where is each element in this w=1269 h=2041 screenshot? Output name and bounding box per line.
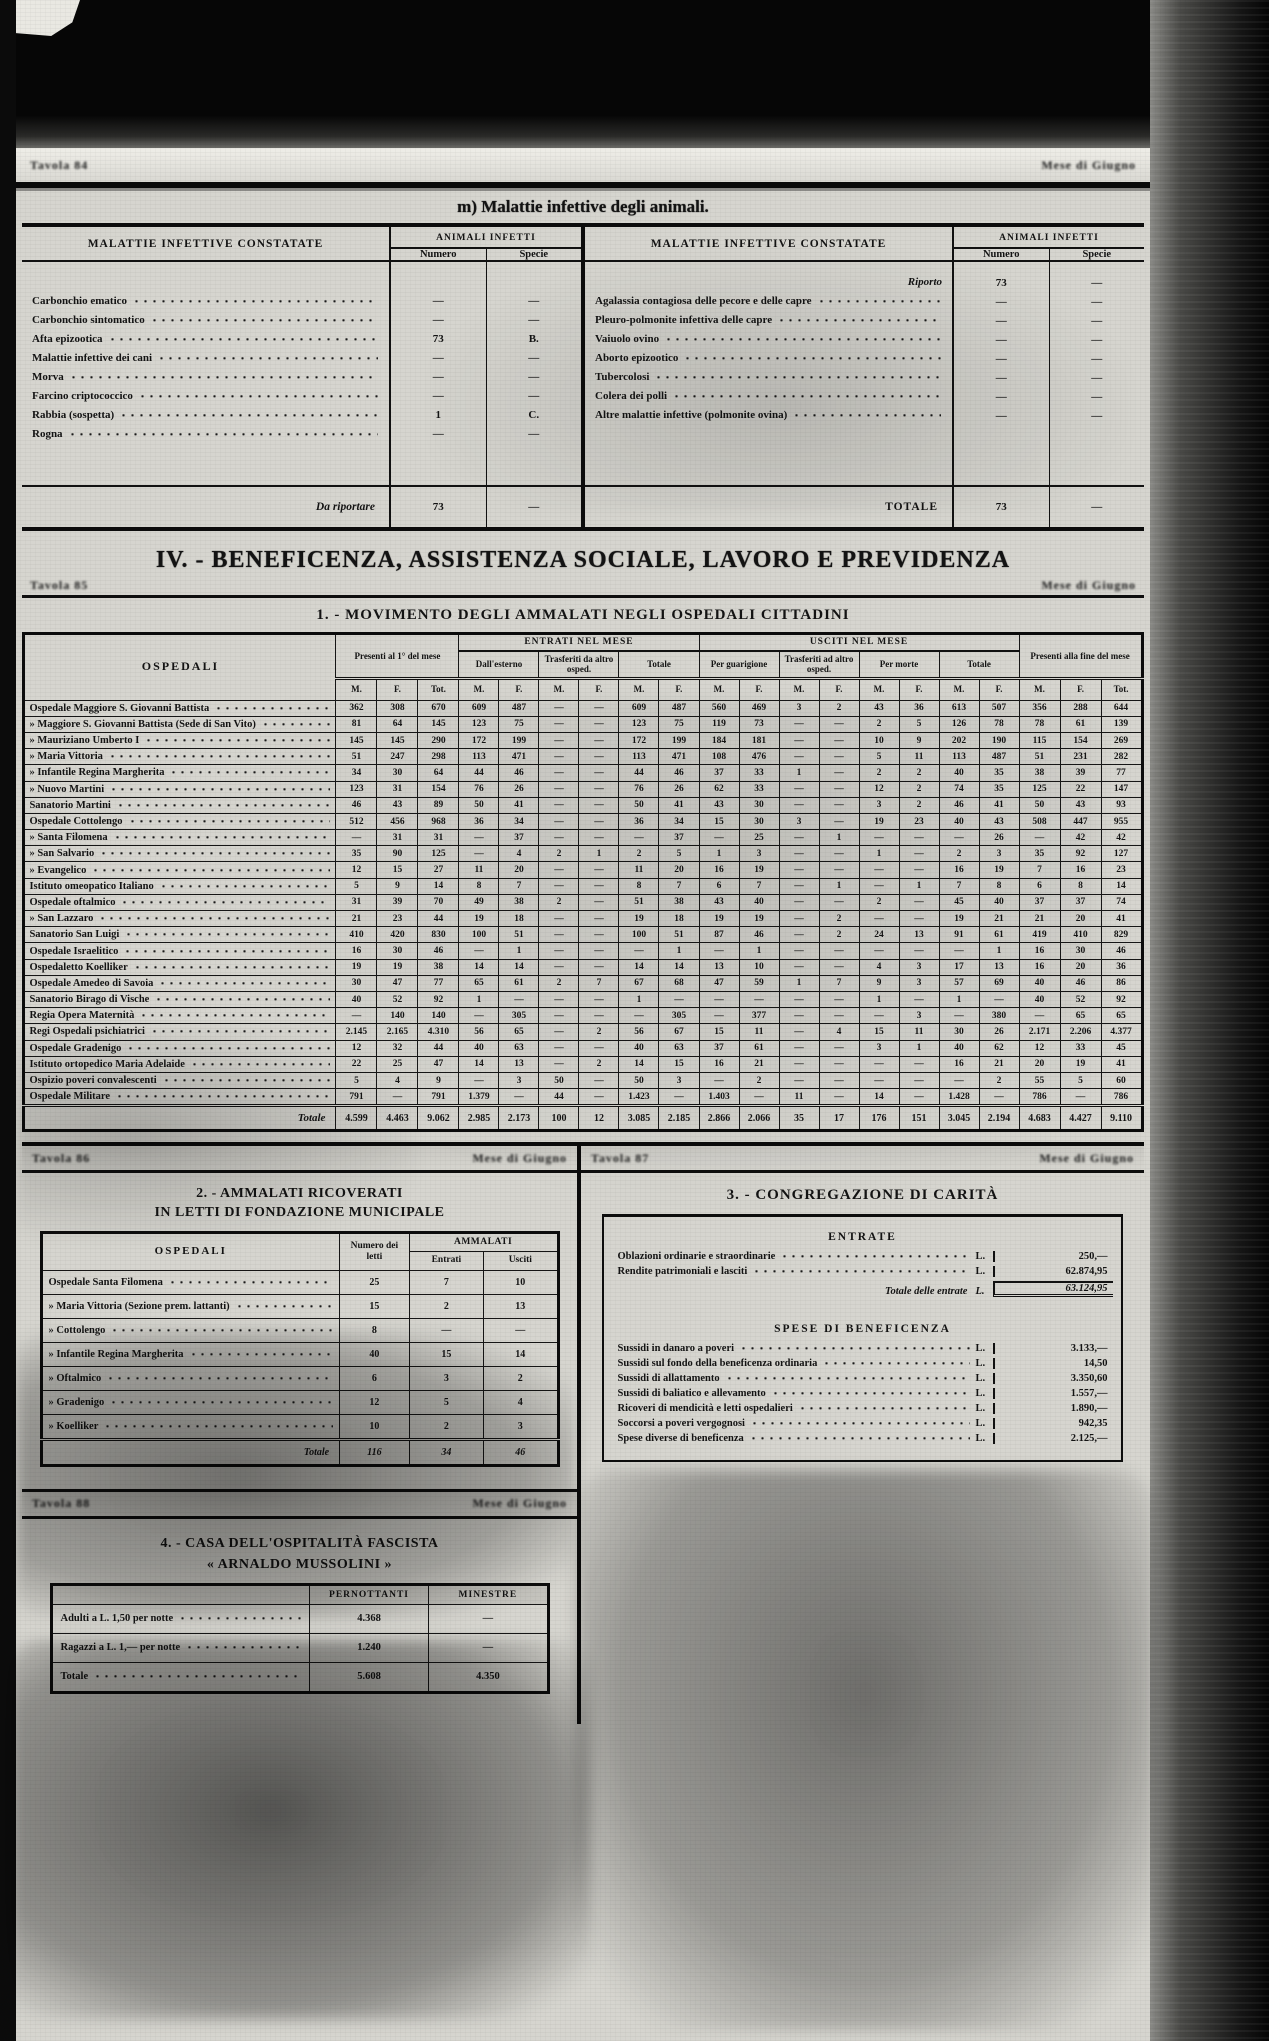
cell: 2 — [979, 1072, 1019, 1088]
cell: 23 — [377, 911, 418, 927]
disease-row: Altre malattie infettive (polmonite ovin… — [595, 402, 946, 421]
cell: 5 — [1060, 1072, 1101, 1088]
animal-table-right: MALATTIE INFETTIVE CONSTATATE ANIMALI IN… — [585, 227, 1144, 527]
cell: 644 — [1101, 700, 1142, 716]
cell: — — [779, 1040, 819, 1056]
tavola-85: Tavola 85 — [30, 578, 88, 593]
disease-row: Pleuro-polmonite infettiva delle capre — [595, 307, 946, 326]
hospital-name: » Oftalmico — [49, 1373, 102, 1384]
cell: 14 — [1101, 878, 1142, 894]
cell: 14 — [659, 959, 699, 975]
cell: 31 — [418, 830, 459, 846]
cell: 2 — [899, 765, 939, 781]
col-totale-usciti: Totale — [939, 651, 1019, 678]
cell: 2.173 — [499, 1106, 539, 1131]
cell: 25 — [739, 830, 779, 846]
cell: 46 — [418, 943, 459, 959]
torn-paper-scrap — [16, 0, 80, 36]
cell: 37 — [1060, 894, 1101, 910]
cell: — — [579, 830, 619, 846]
cell: 3 — [779, 813, 819, 829]
hospital-row: Sanatorio San Luigi 410 420 830 100 51 —… — [24, 927, 1142, 943]
pernottanti-cell: 5.608 — [309, 1662, 428, 1692]
hospital-name: » Evangelico — [29, 865, 86, 876]
lira-symbol: L. — [975, 1286, 993, 1297]
cell: 89 — [418, 797, 459, 813]
subsection-1-title: 1. - MOVIMENTO DEGLI AMMALATI NEGLI OSPE… — [22, 598, 1144, 632]
specie-col-right: ——————— — [1091, 289, 1102, 422]
cell: 3 — [859, 1040, 899, 1056]
cell: 471 — [659, 749, 699, 765]
cell: 67 — [619, 975, 659, 991]
cell: 37 — [659, 830, 699, 846]
hospital-row: Ospedale Cottolengo 512 456 968 36 34 — … — [24, 813, 1142, 829]
cell: — — [899, 1072, 939, 1088]
cell: 43 — [979, 813, 1019, 829]
cell: 19 — [739, 862, 779, 878]
cell: 5 — [336, 1072, 377, 1088]
cell: 2 — [819, 927, 859, 943]
entrate-row: Rendite patrimoniali e lasciti L. 62.874… — [604, 1264, 1122, 1279]
cell: 127 — [1101, 846, 1142, 862]
hospital-name: Ospedale Militare — [29, 1091, 110, 1102]
cell: 609 — [459, 700, 499, 716]
cell: 59 — [739, 975, 779, 991]
cell: 31 — [377, 830, 418, 846]
cell: 190 — [979, 732, 1019, 748]
disease-label: Carbonchio ematico — [32, 295, 127, 307]
cell: — — [619, 1008, 659, 1024]
numero-value: — — [996, 327, 1007, 346]
disease-label: Colera dei polli — [595, 390, 667, 402]
dot-leaders — [214, 705, 330, 712]
col-tot: Tot. — [1101, 678, 1142, 700]
cell: 2.165 — [377, 1024, 418, 1040]
cell: 471 — [499, 749, 539, 765]
cell: — — [579, 862, 619, 878]
col-blank — [51, 1584, 309, 1604]
cell: 30 — [377, 765, 418, 781]
cell: 92 — [418, 991, 459, 1007]
numero-value: 73 — [433, 326, 444, 345]
cell: 21 — [979, 1056, 1019, 1072]
cell: 47 — [699, 975, 739, 991]
section-4-title-line1: 4. - CASA DELL'OSPITALITÀ FASCISTA — [22, 1533, 577, 1554]
tavola-87: Tavola 87 — [591, 1151, 649, 1166]
cell: — — [819, 797, 859, 813]
cell: 123 — [336, 781, 377, 797]
dot-leaders — [108, 753, 331, 760]
da-riportare-numero: 73 — [391, 487, 486, 527]
cell: 507 — [979, 700, 1019, 716]
disease-label: Malattie infettive dei cani — [32, 352, 152, 364]
paper-sheet: Tavola 84 Mese di Giugno m) Malattie inf… — [16, 0, 1150, 2041]
cell: 16 — [939, 1056, 979, 1072]
cell: 3 — [659, 1072, 699, 1088]
cell: 60 — [1101, 1072, 1142, 1088]
cell: 38 — [659, 894, 699, 910]
cell: 2 — [579, 1024, 619, 1040]
hospital-row: Regi Ospedali psichiatrici 2.145 2.165 4… — [24, 1024, 1142, 1040]
cell: 45 — [939, 894, 979, 910]
section-2-title-line1: 2. - AMMALATI RICOVERATI — [22, 1185, 577, 1204]
cell: 73 — [739, 716, 779, 732]
lira-symbol: L. — [975, 1433, 993, 1444]
cell: 43 — [699, 797, 739, 813]
fondazione-row: » Maria Vittoria (Sezione prem. lattanti… — [41, 1294, 558, 1318]
cell: 609 — [619, 700, 659, 716]
hospital-name: Ospedale oftalmico — [29, 897, 115, 908]
dot-leaders — [168, 1279, 333, 1286]
cell: 30 — [739, 797, 779, 813]
dot-leaders — [792, 412, 941, 419]
cell: 2 — [899, 781, 939, 797]
cell: 43 — [1060, 797, 1101, 813]
hospital-row: » Nuovo Martini 123 31 154 76 26 — — 76 … — [24, 781, 1142, 797]
col-m: M. — [859, 678, 899, 700]
dot-leaders — [683, 355, 941, 362]
cell: 41 — [659, 797, 699, 813]
cell: — — [659, 991, 699, 1007]
cell: 9 — [418, 1072, 459, 1088]
cell: 1 — [779, 975, 819, 991]
cell: 40 — [1019, 991, 1060, 1007]
disease-label: Tubercolosi — [595, 371, 649, 383]
cell: 86 — [1101, 975, 1142, 991]
cell: 1 — [699, 846, 739, 862]
entrate-totale-amount: 63.124,95 — [993, 1281, 1113, 1297]
mese-label: Mese di Giugno — [1041, 158, 1136, 173]
col-f: F. — [899, 678, 939, 700]
hospital-name: » Maggiore S. Giovanni Battista (Sede di… — [29, 719, 255, 730]
cell: 16 — [699, 862, 739, 878]
cell: — — [579, 749, 619, 765]
spese-amount: 3.133,— — [993, 1343, 1113, 1354]
cell: 7 — [499, 878, 539, 894]
hospital-row: Regia Opera Maternità — 140 140 — 305 — … — [24, 1008, 1142, 1024]
grp-entrati: Entrati nel mese — [459, 634, 699, 651]
dot-leaders — [178, 1615, 303, 1622]
riporto-specie: — — [1091, 270, 1102, 289]
cell: 4.683 — [1019, 1106, 1060, 1131]
cell: 24 — [859, 927, 899, 943]
cell: 16 — [1060, 862, 1101, 878]
cell: 3 — [779, 700, 819, 716]
dot-leaders — [120, 899, 330, 906]
cell: 18 — [499, 911, 539, 927]
cell: 6 — [1019, 878, 1060, 894]
totale-specie: — — [1049, 487, 1145, 527]
cell: 19 — [619, 911, 659, 927]
cell: 20 — [1060, 911, 1101, 927]
cell: 487 — [659, 700, 699, 716]
cell: 43 — [377, 797, 418, 813]
cell: — — [499, 1089, 539, 1106]
cell: 1.428 — [939, 1089, 979, 1106]
cell: — — [779, 732, 819, 748]
col-m: M. — [779, 678, 819, 700]
cell: 45 — [1101, 1040, 1142, 1056]
cell: — — [739, 991, 779, 1007]
cell: — — [539, 813, 579, 829]
hospital-row: » Evangelico 12 15 27 11 20 — — 11 20 16… — [24, 862, 1142, 878]
cell: 154 — [418, 781, 459, 797]
cell: 119 — [699, 716, 739, 732]
cell: 1 — [979, 943, 1019, 959]
dot-leaders — [109, 786, 330, 793]
dot-leaders — [817, 298, 941, 305]
hospital-row: Ospedale Maggiore S. Giovanni Battista 3… — [24, 700, 1142, 716]
spese-amount: 2.125,— — [993, 1433, 1113, 1444]
cell: 2 — [859, 894, 899, 910]
cell: 126 — [939, 716, 979, 732]
col-m: M. — [539, 678, 579, 700]
cell: 487 — [499, 700, 539, 716]
cell: — — [619, 830, 659, 846]
hospital-name: » Mauriziano Umberto I — [29, 735, 139, 746]
cell: 26 — [979, 830, 1019, 846]
hospital-name: » San Lazzaro — [29, 913, 93, 924]
dot-leaders — [138, 393, 378, 400]
cell: 830 — [418, 927, 459, 943]
cell: — — [539, 1056, 579, 1072]
hospital-row: » Mauriziano Umberto I 145 145 290 172 1… — [24, 732, 1142, 748]
congregazione-ledger: ENTRATE Oblazioni ordinarie e straordina… — [602, 1214, 1124, 1462]
spese-row: Sussidi di baliatico e allevamento L. 1.… — [604, 1386, 1122, 1401]
cell: 2.145 — [336, 1024, 377, 1040]
cell: 16 — [336, 943, 377, 959]
dot-leaders — [157, 355, 378, 362]
cell: 6 — [699, 878, 739, 894]
cell: 3 — [979, 846, 1019, 862]
dot-leaders — [189, 1351, 334, 1358]
cell: — — [779, 1024, 819, 1040]
cell: 125 — [1019, 781, 1060, 797]
dot-leaders — [261, 721, 331, 728]
disease-row: Carbonchio ematico — [32, 288, 383, 307]
riporto-label: Riporto — [908, 276, 942, 288]
cell: 115 — [1019, 732, 1060, 748]
specie-value: — — [528, 288, 539, 307]
fondazione-row: » Cottolengo 8 — — — [41, 1318, 558, 1342]
cell: 16 — [939, 862, 979, 878]
cell: 269 — [1101, 732, 1142, 748]
dot-leaders — [128, 818, 331, 825]
specie-value: — — [1091, 327, 1102, 346]
usciti-cell: 10 — [484, 1270, 558, 1294]
cell: 19 — [1060, 1056, 1101, 1072]
bottom-sections: Tavola 86 Mese di Giugno 2. - AMMALATI R… — [22, 1142, 1144, 1724]
spese-row: Sussidi sul fondo della beneficenza ordi… — [604, 1356, 1122, 1371]
tavola-88: Tavola 88 — [32, 1496, 90, 1511]
cell: 1 — [619, 991, 659, 1007]
cell: 70 — [418, 894, 459, 910]
cell: 10 — [859, 732, 899, 748]
col-m: M. — [1019, 678, 1060, 700]
disease-label: Altre malattie infettive (polmonite ovin… — [595, 409, 787, 421]
col-specie-left: Specie — [486, 249, 582, 260]
fondazione-row: » Gradenigo 12 5 4 — [41, 1390, 558, 1414]
spese-amount: 1.557,— — [993, 1388, 1113, 1399]
cell: 12 — [336, 862, 377, 878]
cell: — — [779, 927, 819, 943]
cell: 14 — [859, 1089, 899, 1106]
hospital-name: Ospedale Israelitico — [29, 946, 118, 957]
cell: 30 — [377, 943, 418, 959]
cell: 172 — [459, 732, 499, 748]
cell: — — [539, 1040, 579, 1056]
cell: — — [899, 943, 939, 959]
numero-value: — — [433, 383, 444, 402]
spese-amount: 1.890,— — [993, 1403, 1113, 1414]
disease-row: Vaiuolo ovino — [595, 326, 946, 345]
dot-leaders — [725, 1375, 971, 1382]
fondazione-row: » Oftalmico 6 3 2 — [41, 1366, 558, 1390]
cell: 41 — [1101, 911, 1142, 927]
cell: 21 — [336, 911, 377, 927]
hospital-movement-table: OSPEDALI Presenti al 1° del mese Entrati… — [22, 632, 1143, 1132]
hospital-name: » Infantile Regina Margherita — [29, 767, 164, 778]
cell: 33 — [739, 765, 779, 781]
cell: 113 — [619, 749, 659, 765]
dot-leaders — [154, 996, 330, 1003]
col-totale-entrati: Totale — [619, 651, 699, 678]
cell: 2.194 — [979, 1106, 1019, 1131]
cell: 18 — [659, 911, 699, 927]
cell: 172 — [619, 732, 659, 748]
cell: 26 — [499, 781, 539, 797]
cell: 2.171 — [1019, 1024, 1060, 1040]
col-f: F. — [1060, 678, 1101, 700]
entrati-cell: 15 — [409, 1342, 483, 1366]
entrate-totale-row: Totale delle entrate L. 63.124,95 — [604, 1279, 1122, 1299]
cell: 78 — [1019, 716, 1060, 732]
hospital-name: » Santa Filomena — [29, 832, 107, 843]
cell: 1 — [899, 878, 939, 894]
cell: 2 — [819, 700, 859, 716]
cell: 154 — [1060, 732, 1101, 748]
cell: 78 — [979, 716, 1019, 732]
cell: 9 — [899, 732, 939, 748]
cell: 12 — [1019, 1040, 1060, 1056]
cell: — — [699, 830, 739, 846]
fondazione-row: » Infantile Regina Margherita 40 15 14 — [41, 1342, 558, 1366]
hospital-row: » Maggiore S. Giovanni Battista (Sede di… — [24, 716, 1142, 732]
cell: 17 — [939, 959, 979, 975]
cell: 63 — [659, 1040, 699, 1056]
specie-value: — — [528, 421, 539, 440]
mese-giugno: Mese di Giugno — [1039, 1151, 1134, 1166]
spese-row: Sussidi di allattamento L. 3.350,60 — [604, 1371, 1122, 1386]
spese-label: Sussidi di baliatico e allevamento — [618, 1388, 766, 1399]
cell: 14 — [418, 878, 459, 894]
dot-leaders — [115, 1093, 330, 1100]
da-riportare-specie: — — [486, 487, 582, 527]
grp-usciti: Usciti nel mese — [699, 634, 1019, 651]
cell: 308 — [377, 700, 418, 716]
cell: — — [1019, 1008, 1060, 1024]
spese-amount: 3.350,60 — [993, 1373, 1113, 1384]
dot-leaders — [123, 948, 330, 955]
cell: — — [336, 1008, 377, 1024]
cell: 76 — [619, 781, 659, 797]
cell: 11 — [899, 1024, 939, 1040]
hospital-name: Regia Opera Maternità — [29, 1010, 134, 1021]
col-minestre: MINESTRE — [429, 1584, 548, 1604]
cell: 74 — [939, 781, 979, 797]
cell: — — [579, 1089, 619, 1106]
cell: 65 — [459, 975, 499, 991]
cell: 41 — [979, 797, 1019, 813]
cell: 30 — [1060, 943, 1101, 959]
cell: 46 — [1060, 975, 1101, 991]
cell: — — [859, 1072, 899, 1088]
cell: 181 — [739, 732, 779, 748]
dot-leaders — [126, 1045, 330, 1052]
hospital-name: » Nuovo Martini — [29, 784, 104, 795]
usciti-cell: 14 — [484, 1342, 558, 1366]
cell: — — [899, 862, 939, 878]
casa-row-label: Ragazzi a L. 1,— per notte — [61, 1642, 181, 1653]
cell: 113 — [459, 749, 499, 765]
cell: 36 — [459, 813, 499, 829]
disease-row: Colera dei polli — [595, 383, 946, 402]
usciti-cell: 46 — [484, 1439, 558, 1465]
totale-label: Totale — [24, 1106, 336, 1131]
cell: 11 — [779, 1089, 819, 1106]
cell: 11 — [739, 1024, 779, 1040]
hospital-name: » Cottolengo — [49, 1325, 106, 1336]
section-2-title: 2. - AMMALATI RICOVERATI IN LETTI DI FON… — [22, 1173, 577, 1231]
cell: 560 — [699, 700, 739, 716]
col-f: F. — [499, 678, 539, 700]
cell: 51 — [499, 927, 539, 943]
spese-label: Spese diverse di beneficenza — [618, 1433, 744, 1444]
cell: — — [579, 1008, 619, 1024]
section-iv-title: IV. - BENEFICENZA, ASSISTENZA SOCIALE, L… — [22, 531, 1144, 578]
usciti-cell: 13 — [484, 1294, 558, 1318]
cell: 2 — [539, 894, 579, 910]
cell: 7 — [739, 878, 779, 894]
spese-row: Soccorsi a poveri vergognosi L. 942,35 — [604, 1416, 1122, 1431]
dot-leaders — [144, 737, 330, 744]
cell: 1 — [459, 991, 499, 1007]
dot-leaders — [119, 412, 378, 419]
cell: 46 — [1101, 943, 1142, 959]
dot-leaders — [68, 431, 378, 438]
cell: — — [336, 830, 377, 846]
col-presenti-fine: Presenti alla fine del mese — [1019, 634, 1142, 679]
cell: — — [699, 991, 739, 1007]
cell: 61 — [979, 927, 1019, 943]
cell: 7 — [659, 878, 699, 894]
dot-leaders — [672, 393, 941, 400]
cell: 5 — [659, 846, 699, 862]
cell: 51 — [619, 894, 659, 910]
cell: 123 — [619, 716, 659, 732]
cell: 37 — [699, 765, 739, 781]
cell: 36 — [1101, 959, 1142, 975]
hospital-row: » San Salvario 35 90 125 — 4 2 1 2 5 1 3… — [24, 846, 1142, 862]
dot-leaders — [109, 1399, 333, 1406]
cell: — — [579, 927, 619, 943]
cell: — — [859, 878, 899, 894]
spese-amount: 942,35 — [993, 1418, 1113, 1429]
dot-leaders — [99, 850, 330, 857]
cell: 40 — [979, 894, 1019, 910]
da-riportare-label: Da riportare — [22, 487, 389, 527]
cell: — — [539, 700, 579, 716]
